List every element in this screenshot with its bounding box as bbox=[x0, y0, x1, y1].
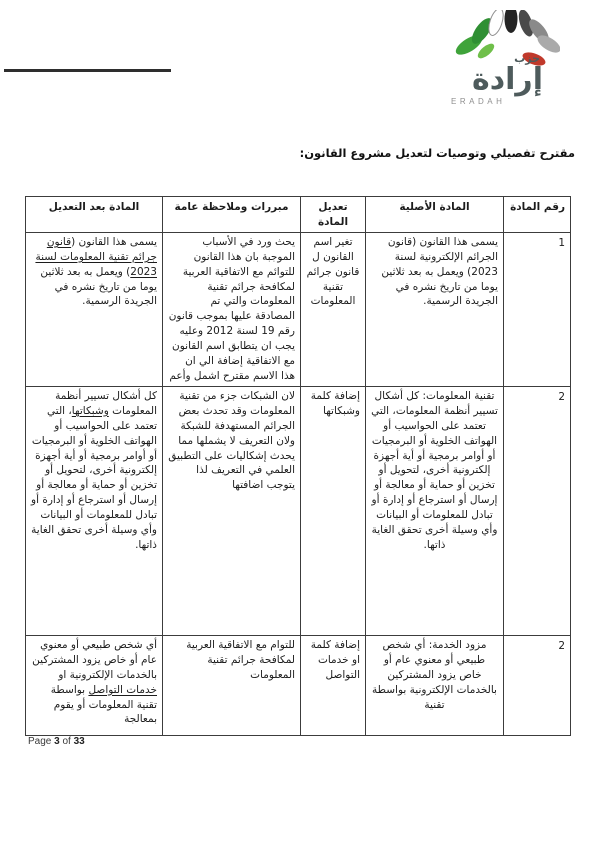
page-total: 33 bbox=[74, 736, 85, 747]
page-of-word: of bbox=[62, 736, 70, 747]
brand-name-arabic: إرادة bbox=[472, 60, 543, 99]
table-row: 2مزود الخدمة: أي شخص طبيعي أو معنوي عام … bbox=[26, 635, 571, 735]
header-original-article: المادة الأصلية bbox=[366, 197, 504, 233]
document-page: { "brand": { "party_word": "حزب", "name_… bbox=[0, 0, 595, 841]
cell-original: مزود الخدمة: أي شخص طبيعي أو معنوي عام أ… bbox=[366, 635, 504, 735]
eradah-logo: حزب إرادة ERADAH bbox=[435, 8, 570, 113]
header-justification: مبررات وملاحظة عامة bbox=[163, 197, 301, 233]
cell-justification: للتوام مع الاتفاقية العربية لمكافحة جرائ… bbox=[163, 635, 301, 735]
table-row: 2تقنية المعلومات: كل أشكال تسيير أنظمة ا… bbox=[26, 386, 571, 635]
table-body: 1يسمى هذا القانون (قانون الجرائم الإلكتر… bbox=[26, 232, 571, 735]
cell-after: كل أشكال تسيير أنظمة المعلومات وشبكاتها،… bbox=[26, 386, 163, 635]
cell-after: يسمى هذا القانون (قانون جرائم تقنية المع… bbox=[26, 232, 163, 386]
table-row: 1يسمى هذا القانون (قانون الجرائم الإلكتر… bbox=[26, 232, 571, 386]
cell-after: أي شخص طبيعي أو معنوي عام أو خاص يزود ال… bbox=[26, 635, 163, 735]
header-rule bbox=[4, 69, 171, 72]
page-number-footer: Page 3 of 33 bbox=[28, 736, 85, 747]
page-label: Page bbox=[28, 736, 51, 747]
header-article-number: رقم المادة bbox=[504, 197, 571, 233]
header-article-after: المادة بعد التعديل bbox=[26, 197, 163, 233]
page-title: مقترح تفصيلي وتوصيات لتعديل مشروع القانو… bbox=[300, 146, 575, 160]
cell-original: تقنية المعلومات: كل أشكال تسيير أنظمة ال… bbox=[366, 386, 504, 635]
cell-amendment: إضافة كلمة وشبكاتها bbox=[301, 386, 366, 635]
cell-justification: لان الشبكات جزء من تقنية المعلومات وقد ت… bbox=[163, 386, 301, 635]
cell-amendment: إضافة كلمة او خدمات التواصل bbox=[301, 635, 366, 735]
cell-original: يسمى هذا القانون (قانون الجرائم الإلكترو… bbox=[366, 232, 504, 386]
header-amendment: تعديل المادة bbox=[301, 197, 366, 233]
amendments-table: رقم المادة المادة الأصلية تعديل المادة م… bbox=[25, 196, 571, 736]
cell-num: 1 bbox=[504, 232, 571, 386]
table-header-row: رقم المادة المادة الأصلية تعديل المادة م… bbox=[26, 197, 571, 233]
cell-num: 2 bbox=[504, 386, 571, 635]
cell-justification: يحث ورد في الأسباب الموجبة بان هذا القان… bbox=[163, 232, 301, 386]
cell-num: 2 bbox=[504, 635, 571, 735]
cell-amendment: تغير اسم القانون ل قانون جرائم تقنية الم… bbox=[301, 232, 366, 386]
brand-name-english: ERADAH bbox=[451, 97, 505, 106]
